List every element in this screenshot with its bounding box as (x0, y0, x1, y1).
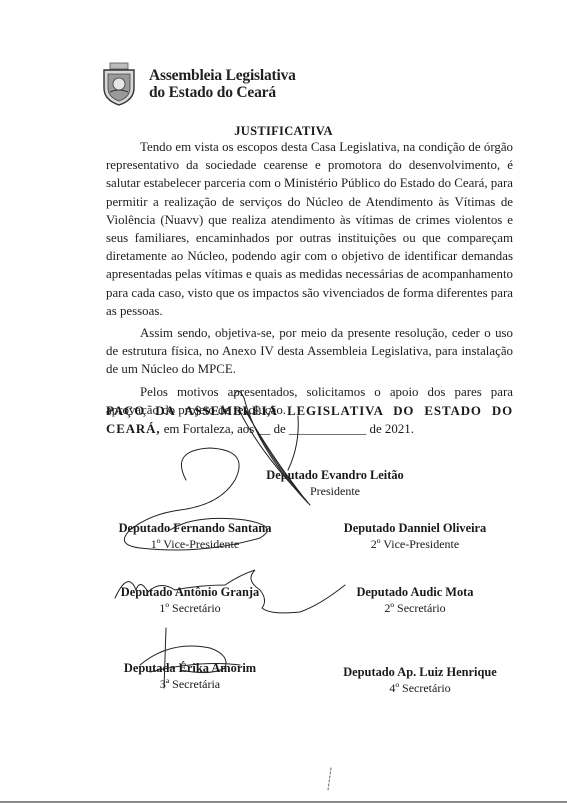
document-page: Assembleia Legislativa do Estado do Cear… (0, 0, 567, 803)
signature-block-2nd-secretary: Deputado Audic Mota 2º Secretário (335, 584, 495, 616)
signature-block-3rd-secretary: Deputada Érika Amorim 3ª Secretária (105, 660, 275, 692)
org-name-line1: Assembleia Legislativa (149, 67, 296, 84)
state-coat-of-arms-icon (101, 62, 137, 106)
signature-block-2nd-vice: Deputado Danniel Oliveira 2º Vice-Presid… (325, 520, 505, 552)
signature-block-1st-secretary: Deputado Antônio Granja 1º Secretário (105, 584, 275, 616)
paragraph: Tendo em vista os escopos desta Casa Leg… (106, 138, 513, 320)
signature-block-1st-vice: Deputado Fernando Santana 1º Vice-Presid… (105, 520, 285, 552)
org-name-line2: do Estado do Ceará (149, 84, 296, 101)
signature-block-4th-secretary: Deputado Ap. Luiz Henrique 4º Secretário (325, 664, 515, 696)
document-title: JUSTIFICATIVA (0, 124, 567, 139)
letterhead: Assembleia Legislativa do Estado do Cear… (101, 62, 296, 106)
place-and-date: PAÇO DA ASSEMBLEIA LEGISLATIVA DO ESTADO… (106, 402, 513, 438)
paragraph: Assim sendo, objetiva-se, por meio da pr… (106, 324, 513, 379)
place-date: em Fortaleza, aos __ de ____________ de … (160, 422, 413, 436)
document-body: Tendo em vista os escopos desta Casa Leg… (106, 138, 513, 423)
signature-block-president: Deputado Evandro Leitão Presidente (240, 467, 430, 499)
